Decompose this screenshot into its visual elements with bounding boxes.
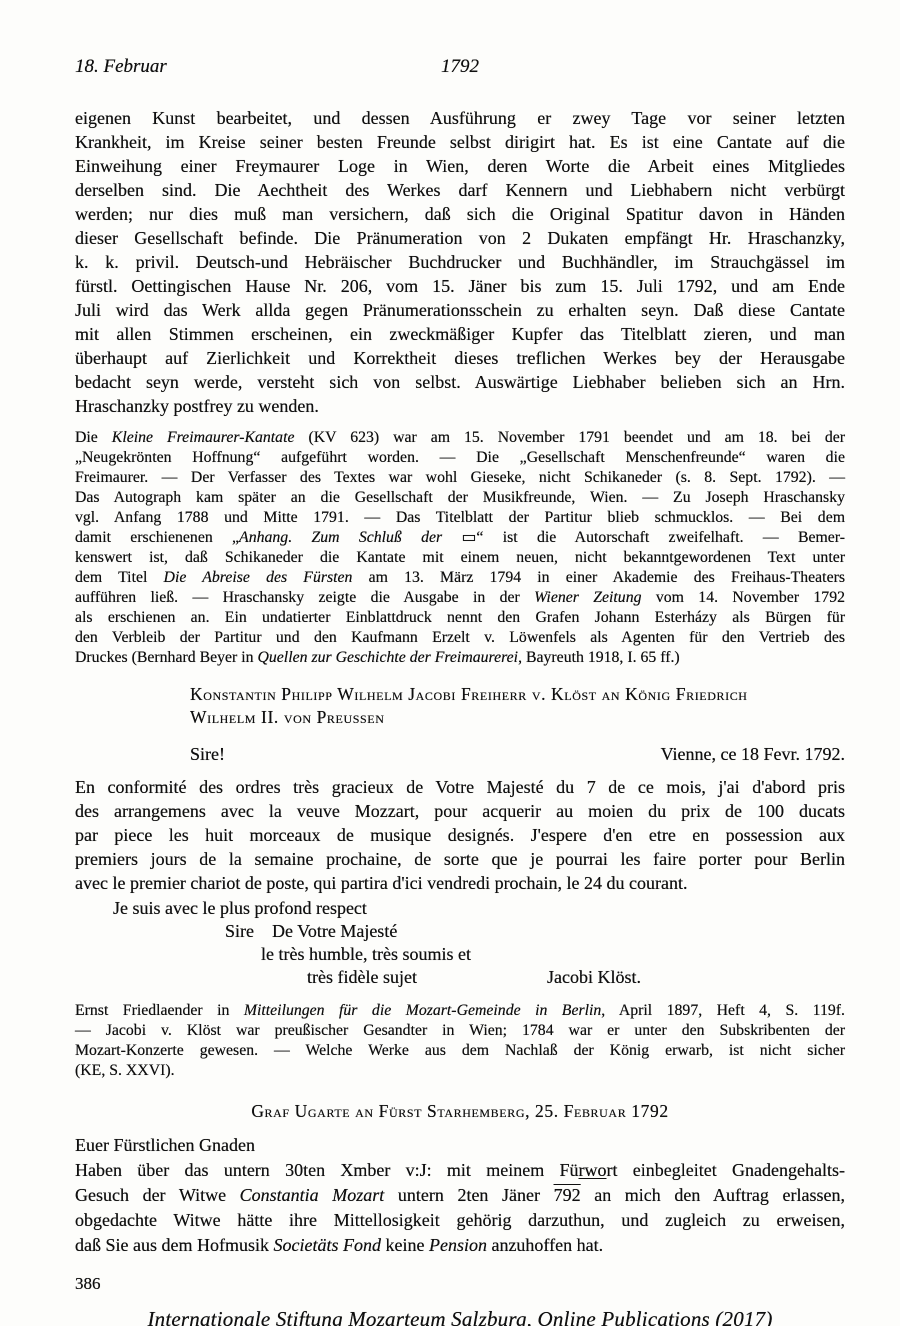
running-head: 18. Februar 1792 [75, 56, 845, 82]
letter-heading-kloest-line2: Wilhelm II. von Preussen [190, 706, 845, 729]
scanned-book-page: 18. Februar 1792 eigenen Kunst bearbeite… [0, 0, 900, 1326]
letter-body-french: En conformité des ordres très gracieux d… [75, 775, 845, 895]
letter-heading-kloest: Konstantin Philipp Wilhelm Jacobi Freihe… [190, 683, 845, 729]
page-number: 386 [75, 1274, 845, 1294]
kv623-commentary: Die Kleine Freimaurer-Kantate (KV 623) w… [75, 428, 845, 668]
letter-closing: Je suis avec le plus profond respectSire… [75, 897, 845, 989]
footer-credit: Internationale Stiftung Mozarteum Salzbu… [75, 1307, 845, 1326]
letter-body-ugarte: Euer Fürstlichen GnadenHaben über das un… [75, 1133, 845, 1258]
letter-heading-ugarte: Graf Ugarte an Fürst Starhemberg, 25. Fe… [75, 1100, 845, 1123]
friedlaender-commentary: Ernst Friedlaender in Mitteilungen für d… [75, 1001, 845, 1081]
letter-heading-kloest-line1: Konstantin Philipp Wilhelm Jacobi Freihe… [190, 683, 845, 706]
salutation: Sire! [190, 742, 225, 766]
salutation-row: Sire! Vienne, ce 18 Fevr. 1792. [75, 742, 845, 766]
running-head-year: 1792 [75, 56, 845, 78]
opening-article-text: eigenen Kunst bearbeitet, und dessen Aus… [75, 106, 845, 418]
dateline: Vienne, ce 18 Fevr. 1792. [661, 742, 845, 766]
